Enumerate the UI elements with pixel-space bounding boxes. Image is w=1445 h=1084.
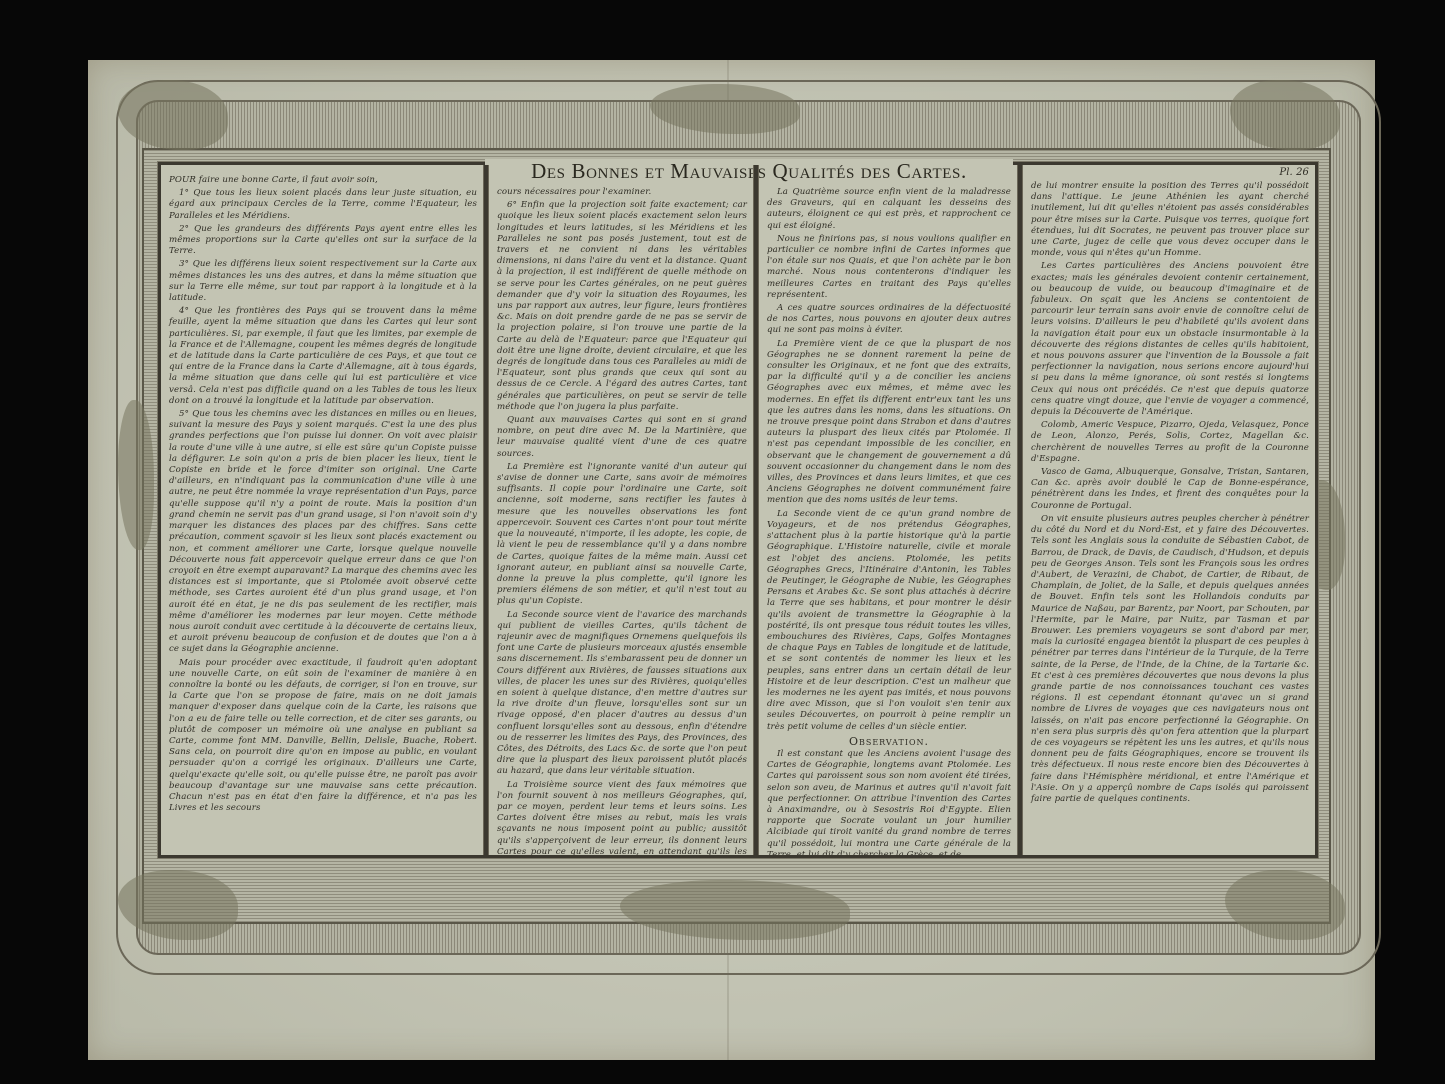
paragraph: 4° Que les frontières des Pays qui se tr… (169, 306, 477, 407)
paragraph: cours nécessaires pour l'examiner. (497, 187, 747, 198)
paragraph: 1° Que tous les lieux soient placés dans… (169, 188, 477, 222)
text-column-2: cours nécessaires pour l'examiner. 6° En… (489, 165, 753, 855)
paragraph: La Première vient de ce que la pluspart … (767, 339, 1011, 507)
paragraph: Colomb, Americ Vespuce, Pizarro, Ojeda, … (1031, 420, 1309, 465)
paragraph: 3° Que les différens lieux soient respec… (169, 259, 477, 304)
text-panel: Des Bonnes et Mauvaises Qualités des Car… (158, 162, 1318, 858)
plate-number: Pl. 26 (1279, 167, 1309, 178)
paragraph: La Seconde source vient de l'avarice des… (497, 610, 747, 778)
paragraph: Vasco de Gama, Albuquerque, Gonsalve, Tr… (1031, 467, 1309, 512)
paragraph: Nous ne finirions pas, si nous voulions … (767, 234, 1011, 301)
paragraph: Mais pour procéder avec exactitude, il f… (169, 658, 477, 815)
paragraph: de lui montrer ensuite la position des T… (1031, 181, 1309, 259)
observation-heading: Observation. (767, 736, 1011, 747)
paragraph: 6° Enfin que la projection soit faite ex… (497, 200, 747, 413)
paragraph: Il est constant que les Anciens avoient … (767, 749, 1011, 855)
paragraph: A ces quatre sources ordinaires de la dé… (767, 303, 1011, 337)
paragraph: La Première est l'ignorante vanité d'un … (497, 462, 747, 608)
paragraph: On vit ensuite plusieurs autres peuples … (1031, 514, 1309, 805)
paragraph: Quant aux mauvaises Cartes qui sont en s… (497, 415, 747, 460)
paragraph: POUR faire une bonne Carte, il faut avoi… (169, 175, 477, 186)
paragraph: La Quatrième source enfin vient de la ma… (767, 187, 1011, 232)
paragraph: La Troisième source vient des faux mémoi… (497, 780, 747, 855)
text-column-4: Pl. 26 de lui montrer ensuite la positio… (1023, 165, 1315, 855)
paragraph: 2° Que les grandeurs des différents Pays… (169, 224, 477, 258)
text-column-3: La Quatrième source enfin vient de la ma… (759, 165, 1017, 855)
paragraph: Les Cartes particulières des Anciens pou… (1031, 261, 1309, 418)
paragraph: La Seconde vient de ce qu'un grand nombr… (767, 509, 1011, 733)
text-column-1: POUR faire une bonne Carte, il faut avoi… (161, 165, 483, 855)
paragraph: 5° Que tous les chemins avec les distanc… (169, 409, 477, 655)
